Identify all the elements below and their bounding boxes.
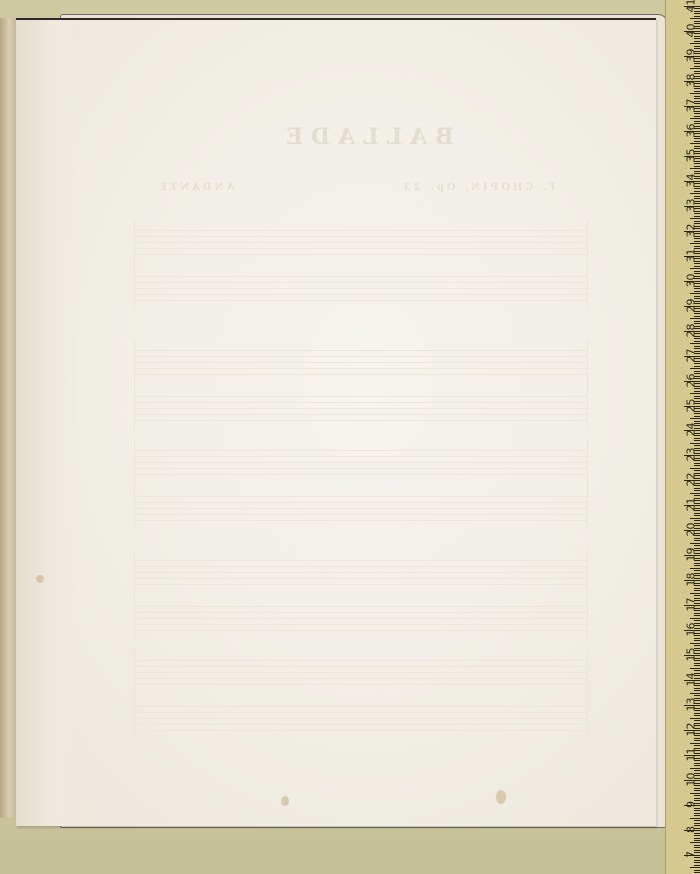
ruler-cm-label: 23 <box>685 447 698 463</box>
ruler-tick <box>694 615 700 616</box>
ruler-cm-label: 26 <box>685 372 698 388</box>
ruler-tick <box>694 690 700 691</box>
ruler-cm-label: 18 <box>685 572 698 588</box>
ruler-tick <box>690 393 700 394</box>
ruler-tick <box>690 493 700 494</box>
ruler-cm-label: 14 <box>685 672 698 688</box>
ruler-tick <box>694 713 700 714</box>
staff-line <box>135 612 587 613</box>
staff-line <box>135 678 587 679</box>
staff-line <box>135 560 587 561</box>
ruler-tick <box>694 638 700 639</box>
staff-line <box>135 660 587 661</box>
ruler-tick <box>690 718 700 719</box>
ruler-tick <box>694 91 700 92</box>
ruler-tick <box>694 440 700 441</box>
staff-line <box>135 572 587 573</box>
bleed-through-staff-system <box>134 220 588 310</box>
staff-line <box>135 462 587 463</box>
ruler-cm-label: 38 <box>685 72 698 88</box>
ruler-tick <box>690 418 700 419</box>
ruler-tick <box>690 343 700 344</box>
ruler-tick <box>690 643 700 644</box>
ruler-cm-label: 24 <box>685 422 698 438</box>
ruler-tick <box>694 640 700 641</box>
ruler-tick <box>694 465 700 466</box>
ruler-tick <box>694 116 700 117</box>
staff-line <box>135 508 587 509</box>
ruler-cm-label: 16 <box>685 622 698 638</box>
ruler-cm-label: 12 <box>685 722 698 738</box>
staff-line <box>135 730 587 731</box>
staff-line <box>135 362 587 363</box>
ruler-tick <box>694 590 700 591</box>
ruler-tick <box>694 366 700 367</box>
staff-line <box>135 420 587 421</box>
ruler-cm-label: 36 <box>685 122 698 138</box>
staff-line <box>135 618 587 619</box>
ruler-cm-label: 30 <box>685 272 698 288</box>
ruler-tick <box>694 538 700 539</box>
staff-line <box>135 368 587 369</box>
ruler-tick <box>690 867 700 868</box>
ruler-tick <box>694 396 700 397</box>
ruler-tick <box>690 318 700 319</box>
ruler-tick <box>694 63 700 64</box>
ruler-tick <box>694 191 700 192</box>
staff-line <box>135 450 587 451</box>
ruler-tick <box>694 166 700 167</box>
ruler-tick <box>694 788 700 789</box>
ruler-tick <box>694 838 700 839</box>
ruler-tick <box>694 316 700 317</box>
staff-line <box>135 514 587 515</box>
ruler-cm-label: 37 <box>685 97 698 113</box>
paper-stain <box>36 575 44 583</box>
ruler-tick <box>694 790 700 791</box>
ruler-cm-label: 32 <box>685 222 698 238</box>
ruler-tick <box>690 743 700 744</box>
staff-line <box>135 496 587 497</box>
ruler-tick <box>690 218 700 219</box>
paper-stain <box>281 796 289 806</box>
staff-line <box>135 242 587 243</box>
ruler-tick <box>694 41 700 42</box>
ruler-tick <box>694 321 700 322</box>
staff-line <box>135 630 587 631</box>
ruler-tick <box>690 443 700 444</box>
staff-line <box>135 502 587 503</box>
staff-line <box>135 724 587 725</box>
ruler-tick <box>694 563 700 564</box>
ruler-cm-label: 31 <box>685 247 698 263</box>
staff-line <box>135 414 587 415</box>
ruler-tick <box>694 13 700 14</box>
ruler-tick <box>690 368 700 369</box>
ruler-tick <box>694 341 700 342</box>
ruler-cm-label: 40 <box>685 22 698 38</box>
staff-line <box>135 236 587 237</box>
ruler-tick <box>694 565 700 566</box>
ruler-tick <box>694 490 700 491</box>
staff-line <box>135 276 587 277</box>
ruler-tick <box>694 391 700 392</box>
staff-line <box>135 374 587 375</box>
ruler-cm-label: 8 <box>685 822 698 838</box>
ruler-tick <box>694 738 700 739</box>
ruler-tick <box>694 141 700 142</box>
ruler-tick <box>694 665 700 666</box>
staff-line <box>135 566 587 567</box>
ruler-cm-label: 27 <box>685 347 698 363</box>
ruler-cm-label: 7 <box>685 846 698 862</box>
ruler-tick <box>690 768 700 769</box>
ruler-tick <box>694 663 700 664</box>
ruler-cm-label: 20 <box>685 522 698 538</box>
bleed-through-staff-system <box>134 440 588 530</box>
ruler-tick <box>690 268 700 269</box>
ruler-tick <box>690 518 700 519</box>
ruler-tick <box>694 346 700 347</box>
ruler-tick <box>694 463 700 464</box>
ruler-cm-label: 17 <box>685 597 698 613</box>
ruler-tick <box>694 865 700 866</box>
staff-line <box>135 578 587 579</box>
ruler-tick <box>690 68 700 69</box>
ruler-tick <box>690 43 700 44</box>
staff-line <box>135 356 587 357</box>
ruler-cm-label: 10 <box>685 772 698 788</box>
staff-line <box>135 706 587 707</box>
ruler-tick <box>694 765 700 766</box>
ruler-tick <box>694 488 700 489</box>
page-gutter-margin <box>16 20 80 826</box>
ruler-tick <box>694 88 700 89</box>
ruler-tick <box>690 668 700 669</box>
ruler-tick <box>694 813 700 814</box>
ruler-tick <box>694 216 700 217</box>
ruler-cm-label: 19 <box>685 547 698 563</box>
staff-line <box>135 300 587 301</box>
bleed-through-title: BALLADE <box>266 124 466 150</box>
ruler-tick <box>690 693 700 694</box>
ruler-cm-label: 15 <box>685 647 698 663</box>
staff-line <box>135 624 587 625</box>
ruler-tick <box>694 815 700 816</box>
ruler-tick <box>694 416 700 417</box>
staff-line <box>135 468 587 469</box>
ruler-cm-label: 11 <box>685 747 698 763</box>
bleed-through-staff-system <box>134 340 588 430</box>
staff-line <box>135 294 587 295</box>
staff-line <box>135 666 587 667</box>
staff-line <box>135 520 587 521</box>
ruler-tick <box>694 513 700 514</box>
staff-line <box>135 718 587 719</box>
ruler-tick <box>694 862 700 863</box>
staff-line <box>135 408 587 409</box>
ruler-tick <box>694 371 700 372</box>
ruler-cm-label: 33 <box>685 197 698 213</box>
staff-line <box>135 712 587 713</box>
staff-line <box>135 456 587 457</box>
ruler-tick <box>694 688 700 689</box>
ruler-cm-label: 34 <box>685 172 698 188</box>
ruler-tick <box>690 818 700 819</box>
ruler-tick <box>694 740 700 741</box>
ruler-tick <box>690 793 700 794</box>
ruler-cm-label: 13 <box>685 697 698 713</box>
ruler-tick <box>694 715 700 716</box>
ruler-tick <box>690 618 700 619</box>
paper-stain <box>496 790 506 804</box>
bleed-through-subtitle-left: ANDANTE <box>156 182 235 193</box>
staff-line <box>135 254 587 255</box>
ruler-tick <box>690 18 700 19</box>
staff-line <box>135 684 587 685</box>
ruler-cm-label: 41 <box>685 0 698 14</box>
ruler-tick <box>690 143 700 144</box>
ruler-tick <box>690 842 700 843</box>
ruler-tick <box>694 241 700 242</box>
measuring-ruler: 4140393837363534333231302928272625242322… <box>665 0 700 874</box>
ruler-cm-label: 29 <box>685 297 698 313</box>
staff-line <box>135 396 587 397</box>
ruler-tick <box>694 66 700 67</box>
staff-line <box>135 584 587 585</box>
ruler-tick <box>694 540 700 541</box>
ruler-tick <box>690 168 700 169</box>
ruler-cm-label: 39 <box>685 47 698 63</box>
ruler-tick <box>694 266 700 267</box>
ruler-cm-label: 35 <box>685 147 698 163</box>
staff-line <box>135 402 587 403</box>
ruler-tick <box>690 568 700 569</box>
ruler-tick <box>694 870 700 871</box>
ruler-tick <box>694 588 700 589</box>
ruler-cm-label: 22 <box>685 472 698 488</box>
staff-line <box>135 288 587 289</box>
ruler-tick <box>694 296 700 297</box>
ruler-cm-label: 21 <box>685 497 698 513</box>
ruler-tick <box>694 438 700 439</box>
ruler-tick <box>694 515 700 516</box>
ruler-tick <box>690 193 700 194</box>
staff-line <box>135 248 587 249</box>
ruler-cm-label: 28 <box>685 322 698 338</box>
staff-line <box>135 230 587 231</box>
bleed-through-staff-system <box>134 550 588 640</box>
staff-line <box>135 672 587 673</box>
ruler-tick <box>690 293 700 294</box>
ruler-tick <box>694 16 700 17</box>
paper-page: BALLADE ANDANTE F. CHOPIN, Op. 23 <box>16 18 656 826</box>
ruler-tick <box>690 243 700 244</box>
ruler-tick <box>690 593 700 594</box>
ruler-tick <box>694 840 700 841</box>
staff-line <box>135 282 587 283</box>
bleed-through-subtitle-right: F. CHOPIN, Op. 23 <box>401 182 555 193</box>
staff-line <box>135 474 587 475</box>
ruler-cm-label: 25 <box>685 397 698 413</box>
ruler-tick <box>690 118 700 119</box>
bleed-through-staff-system <box>134 650 588 740</box>
ruler-tick <box>690 93 700 94</box>
ruler-tick <box>694 613 700 614</box>
ruler-tick <box>694 38 700 39</box>
ruler-cm-label: 9 <box>685 797 698 813</box>
staff-line <box>135 350 587 351</box>
ruler-tick <box>694 291 700 292</box>
ruler-tick <box>690 543 700 544</box>
ruler-tick <box>694 113 700 114</box>
ruler-tick <box>694 872 700 873</box>
staff-line <box>135 606 587 607</box>
ruler-tick <box>690 468 700 469</box>
ruler-tick <box>694 763 700 764</box>
